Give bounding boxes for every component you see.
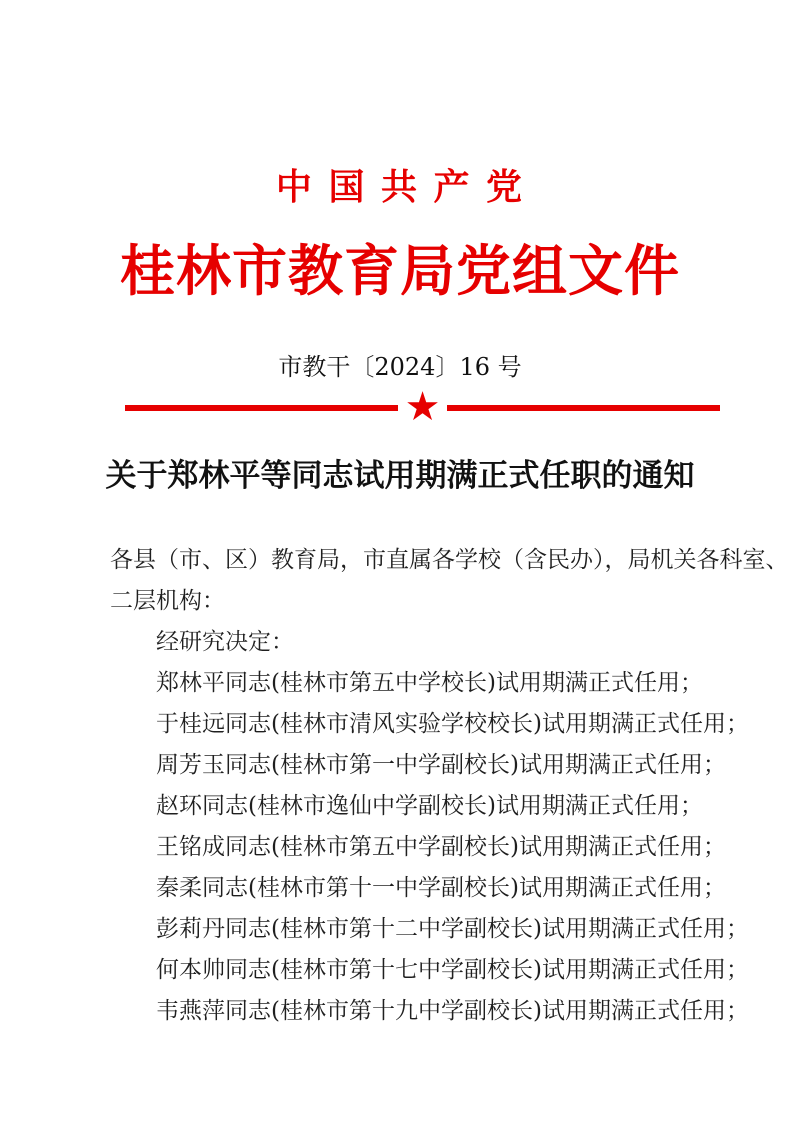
star-icon: ★ <box>405 387 441 427</box>
appointment-line: 于桂远同志(桂林市清风实验学校校长)试用期满正式任用； <box>110 704 712 745</box>
document-body: 各县（市、区）教育局，市直属各学校（含民办），局机关各科室、 二层机构： 经研究… <box>0 540 800 1032</box>
salutation-line: 各县（市、区）教育局，市直属各学校（含民办），局机关各科室、 <box>110 540 712 581</box>
notice-title: 关于郑林平等同志试用期满正式任职的通知 <box>0 459 800 495</box>
document-number: 市教干〔2024〕16 号 <box>0 353 800 382</box>
appointment-line: 秦柔同志(桂林市第十一中学副校长)试用期满正式任用； <box>110 868 712 909</box>
party-name-header: 中 国 共 产 党 <box>0 168 800 208</box>
appointment-line: 郑林平同志(桂林市第五中学校长)试用期满正式任用； <box>110 663 712 704</box>
appointment-line: 韦燕萍同志(桂林市第十九中学副校长)试用期满正式任用； <box>110 991 712 1032</box>
org-document-title: 桂林市教育局党组文件 <box>0 242 800 300</box>
appointment-line: 彭莉丹同志(桂林市第十二中学副校长)试用期满正式任用； <box>110 909 712 950</box>
decision-intro: 经研究决定： <box>110 622 712 663</box>
salutation-line: 二层机构： <box>110 581 712 622</box>
divider-line-left <box>125 405 398 411</box>
appointment-line: 赵环同志(桂林市逸仙中学副校长)试用期满正式任用； <box>110 786 712 827</box>
red-header-divider: ★ <box>125 389 720 426</box>
appointment-line: 何本帅同志(桂林市第十七中学副校长)试用期满正式任用； <box>110 950 712 991</box>
official-document-page: 中 国 共 产 党 桂林市教育局党组文件 市教干〔2024〕16 号 ★ 关于郑… <box>0 0 800 1131</box>
divider-line-right <box>447 405 720 411</box>
appointment-line: 周芳玉同志(桂林市第一中学副校长)试用期满正式任用； <box>110 745 712 786</box>
appointment-line: 王铭成同志(桂林市第五中学副校长)试用期满正式任用； <box>110 827 712 868</box>
